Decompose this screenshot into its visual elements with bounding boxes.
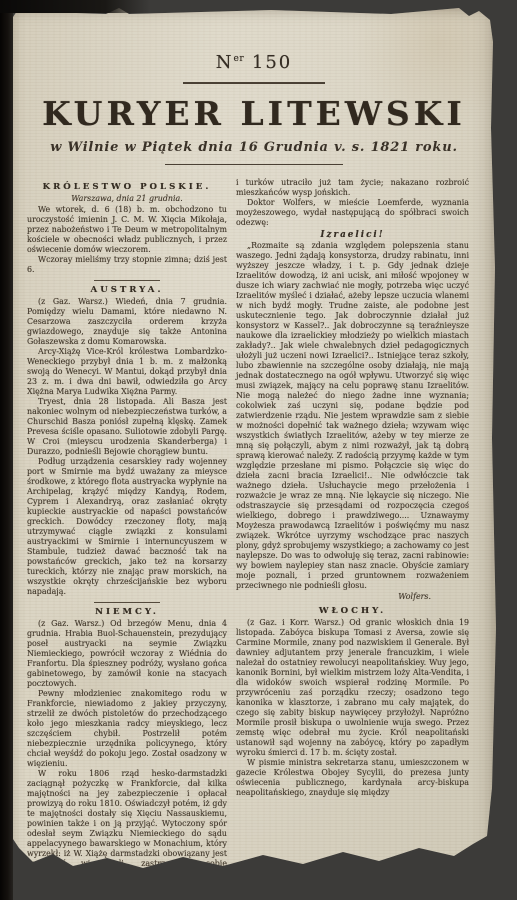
issue-superscript: er <box>234 54 245 64</box>
section-dateline-warszawa: Warszawa, dnia 21 grudnia. <box>27 194 227 204</box>
section-divider <box>94 280 160 281</box>
news-paragraph: Podług urządzenia cesarskiey rady wojenn… <box>27 457 227 597</box>
newspaper-title: KURYER LITEWSKI <box>11 94 497 133</box>
news-paragraph: We wtorek, d. 6 (18) b. m. obchodzono tu… <box>27 205 227 255</box>
binding-edge <box>0 0 13 900</box>
masthead-rule-top <box>183 82 325 84</box>
masthead-dateline: w Wilnie w Piątek dnia 16 Grudnia v. s. … <box>11 140 497 155</box>
news-paragraph: Dnia 5. Na wyspach Cerigo i Itace zamies… <box>27 879 227 899</box>
news-paragraph: Doktor Wolfers, w mieście Loemferde, wyz… <box>236 198 469 228</box>
address-heading-izraelici: Izraelici! <box>236 230 469 240</box>
scan-top-shadow <box>0 0 150 13</box>
news-paragraph: Pewny młodzieniec znakomitego rodu w Fra… <box>27 689 227 769</box>
section-heading-austrya: AUSTRYA. <box>27 285 227 295</box>
continuation-paragraph: i turków utraciło już tam życie; nakazan… <box>236 178 469 198</box>
issue-value: 150 <box>252 52 292 73</box>
section-heading-wlochy: WŁOCHY. <box>236 606 469 616</box>
news-paragraph: W roku 1806 rząd hesko-darmstadzki zacią… <box>27 769 227 879</box>
news-paragraph: Tryest, dnia 28 listopada. Ali Basza jes… <box>27 397 227 457</box>
address-body-paragraph: „Rozmaite są zdania względem polepszenia… <box>236 241 469 591</box>
section-heading-niemcy: NIEMCY. <box>27 607 227 617</box>
section-heading-krolestwo-polskie: KRÓLESTWO POLSKIE. <box>27 182 227 192</box>
right-column: i turków utraciło już tam życie; nakazan… <box>236 178 469 899</box>
left-column: KRÓLESTWO POLSKIE. Warszawa, dnia 21 gru… <box>27 178 227 899</box>
news-paragraph: W pismie ministra sekretarza stanu, umie… <box>236 758 469 798</box>
news-paragraph: Arcy-Xiążę Vice-Król królestwa Lombardzk… <box>27 347 227 397</box>
news-paragraph: Wczoray mieliśmy trzy stopnie zimna; dzi… <box>27 255 227 275</box>
signature-wolfers: Wolfers. <box>236 592 469 602</box>
issue-number: Ner 150 <box>11 52 497 73</box>
section-divider <box>94 602 160 603</box>
newspaper-page: Ner 150 KURYER LITEWSKI w Wilnie w Piąte… <box>11 8 497 872</box>
masthead: Ner 150 KURYER LITEWSKI w Wilnie w Piąte… <box>11 8 497 165</box>
issue-prefix: N <box>216 52 234 73</box>
news-paragraph: (z Gaz. Warsz.) Wiedeń, dnia 7 grudnia. … <box>27 297 227 347</box>
article-columns: KRÓLESTWO POLSKIE. Warszawa, dnia 21 gru… <box>11 165 497 899</box>
news-paragraph: (z Gaz. Warsz.) Od brzegów Menu, dnia 4 … <box>27 619 227 689</box>
news-paragraph: (z Gaz. i Korr. Warsz.) Od granic włoski… <box>236 618 469 758</box>
